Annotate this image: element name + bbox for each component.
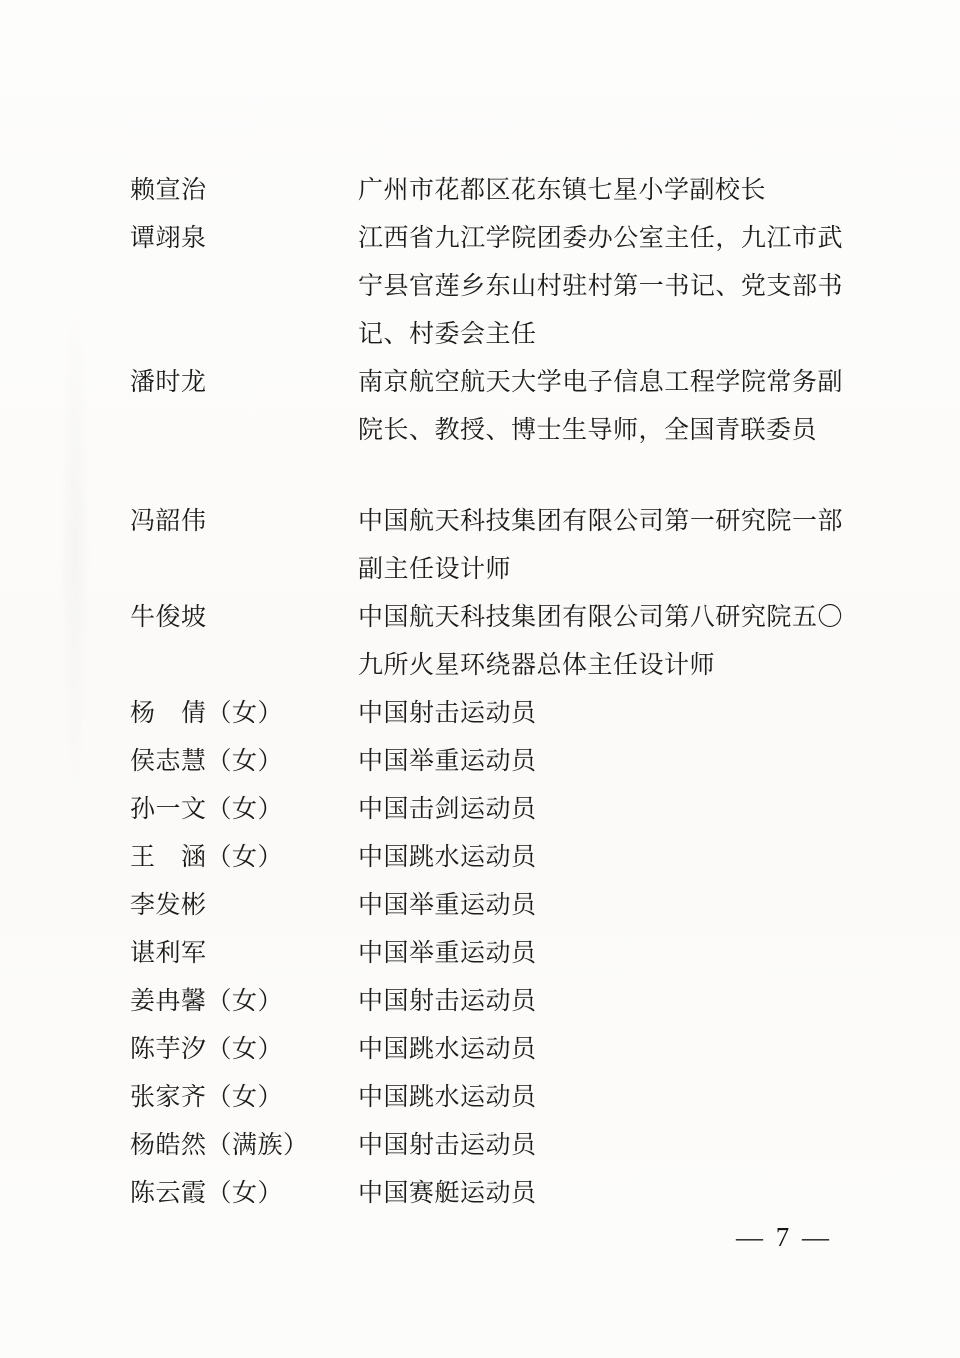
- list-item: 侯志慧（女） 中国举重运动员: [130, 738, 843, 786]
- list-item: 姜冉馨（女） 中国射击运动员: [130, 978, 843, 1026]
- recipient-name: 赖宣治: [130, 167, 358, 215]
- recipient-name: 王 涵（女）: [130, 834, 358, 882]
- recipient-title: 中国射击运动员: [358, 978, 843, 1026]
- recipient-name: 李发彬: [130, 882, 358, 930]
- recipient-name: 孙一文（女）: [130, 786, 358, 834]
- list-item: 谭翊泉 江西省九江学院团委办公室主任，九江市武宁县官莲乡东山村驻村第一书记、党支…: [130, 215, 843, 359]
- recipient-title: 中国举重运动员: [358, 882, 843, 930]
- recipient-title: 中国跳水运动员: [358, 1074, 843, 1122]
- list-item: 潘时龙 南京航空航天大学电子信息工程学院常务副院长、教授、博士生导师，全国青联委…: [130, 359, 843, 455]
- list-item: 孙一文（女） 中国击剑运动员: [130, 786, 843, 834]
- list-item: 谌利军 中国举重运动员: [130, 930, 843, 978]
- recipient-name: 侯志慧（女）: [130, 738, 358, 786]
- recipient-title: 南京航空航天大学电子信息工程学院常务副院长、教授、博士生导师，全国青联委员: [358, 359, 843, 455]
- list-item: 杨皓然（满族） 中国射击运动员: [130, 1122, 843, 1170]
- recipient-title: 广州市花都区花东镇七星小学副校长: [358, 167, 843, 215]
- recipient-title: 中国射击运动员: [358, 690, 843, 738]
- recipient-name: 潘时龙: [130, 359, 358, 407]
- document-page: 赖宣治 广州市花都区花东镇七星小学副校长 谭翊泉 江西省九江学院团委办公室主任，…: [0, 0, 960, 1358]
- recipient-list: 赖宣治 广州市花都区花东镇七星小学副校长 谭翊泉 江西省九江学院团委办公室主任，…: [130, 167, 843, 1218]
- recipient-name: 谭翊泉: [130, 215, 358, 263]
- recipient-name: 杨皓然（满族）: [130, 1122, 358, 1170]
- recipient-title: 中国航天科技集团有限公司第一研究院一部副主任设计师: [358, 498, 843, 594]
- page-number: — 7 —: [736, 1220, 832, 1254]
- list-item: 张家齐（女） 中国跳水运动员: [130, 1074, 843, 1122]
- recipient-name: 杨 倩（女）: [130, 690, 358, 738]
- recipient-title: 中国击剑运动员: [358, 786, 843, 834]
- recipient-name: 牛俊坡: [130, 594, 358, 642]
- recipient-name: 陈芋汐（女）: [130, 1026, 358, 1074]
- recipient-name: 冯韶伟: [130, 498, 358, 546]
- list-item: 冯韶伟 中国航天科技集团有限公司第一研究院一部副主任设计师: [130, 498, 843, 594]
- recipient-title: 江西省九江学院团委办公室主任，九江市武宁县官莲乡东山村驻村第一书记、党支部书记、…: [358, 215, 843, 359]
- list-item: 李发彬 中国举重运动员: [130, 882, 843, 930]
- list-item: 牛俊坡 中国航天科技集团有限公司第八研究院五〇九所火星环绕器总体主任设计师: [130, 594, 843, 690]
- list-item: 陈芋汐（女） 中国跳水运动员: [130, 1026, 843, 1074]
- recipient-name: 张家齐（女）: [130, 1074, 358, 1122]
- recipient-name: 姜冉馨（女）: [130, 978, 358, 1026]
- recipient-title: 中国举重运动员: [358, 930, 843, 978]
- recipient-title: 中国赛艇运动员: [358, 1170, 843, 1218]
- recipient-title: 中国射击运动员: [358, 1122, 843, 1170]
- list-item: 王 涵（女） 中国跳水运动员: [130, 834, 843, 882]
- list-item: 陈云霞（女） 中国赛艇运动员: [130, 1170, 843, 1218]
- recipient-title: 中国跳水运动员: [358, 1026, 843, 1074]
- recipient-title: 中国举重运动员: [358, 738, 843, 786]
- list-item: 赖宣治 广州市花都区花东镇七星小学副校长: [130, 167, 843, 215]
- recipient-name: 陈云霞（女）: [130, 1170, 358, 1218]
- recipient-title: 中国航天科技集团有限公司第八研究院五〇九所火星环绕器总体主任设计师: [358, 594, 843, 690]
- list-item: 杨 倩（女） 中国射击运动员: [130, 690, 843, 738]
- recipient-title: 中国跳水运动员: [358, 834, 843, 882]
- recipient-name: 谌利军: [130, 930, 358, 978]
